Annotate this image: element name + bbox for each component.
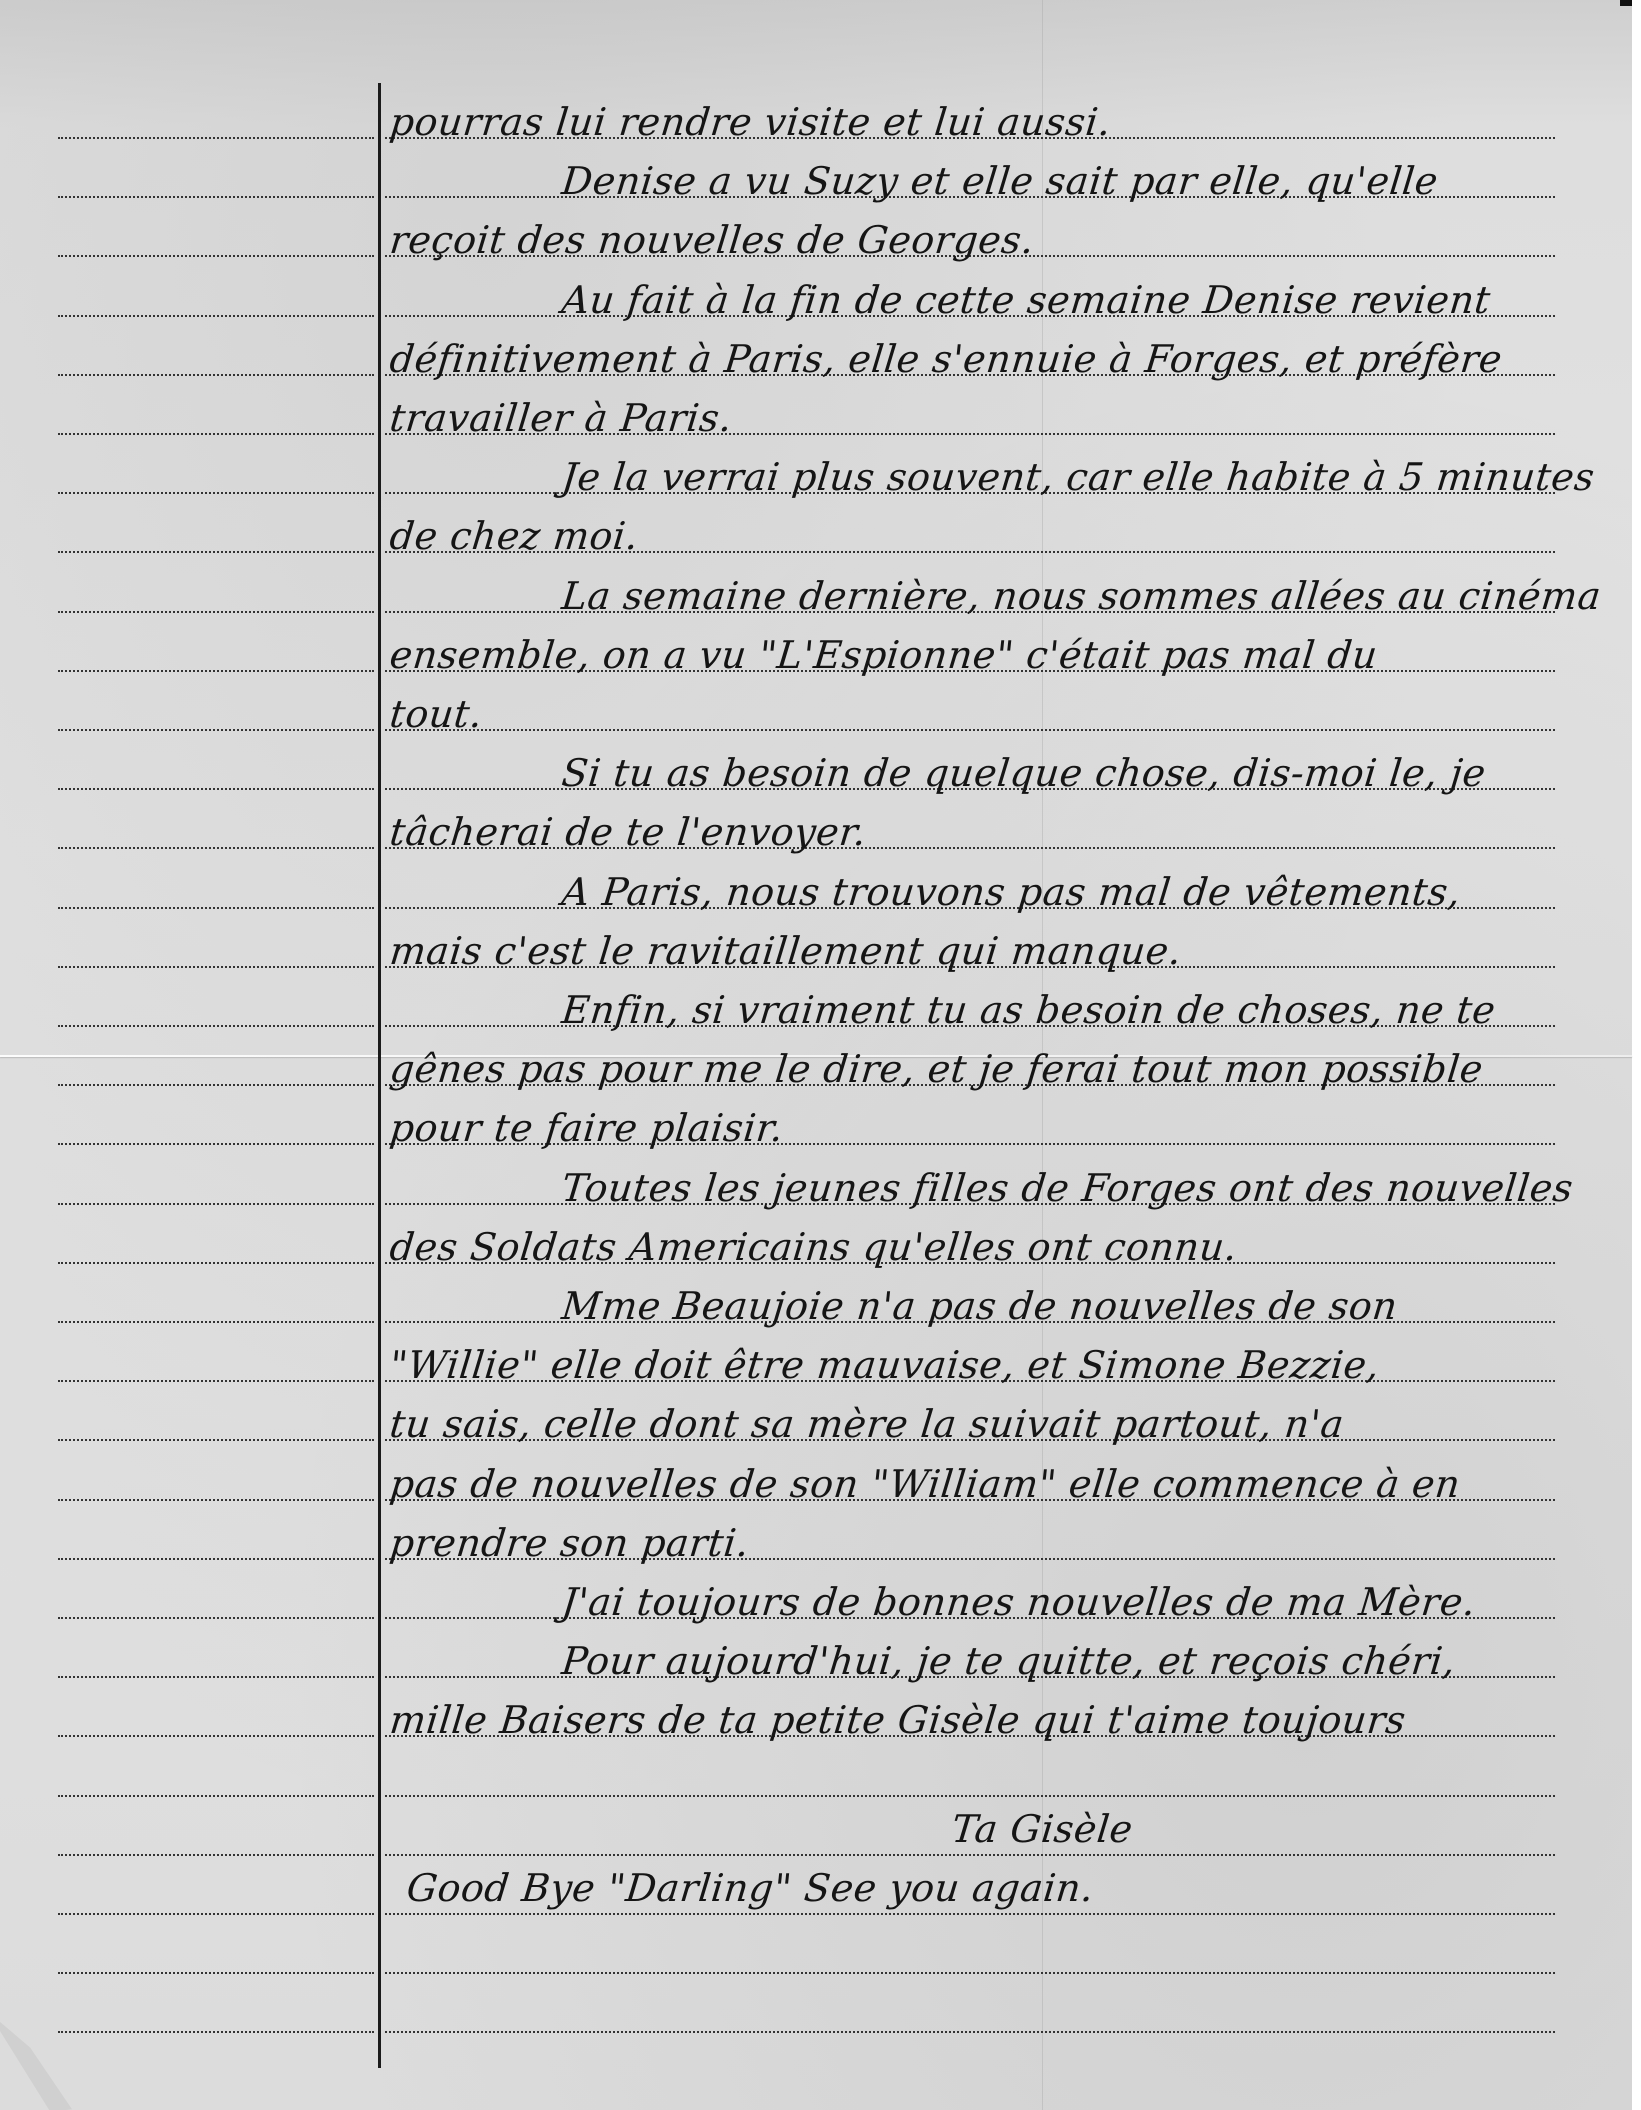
- ruled-line-left: [58, 1676, 374, 1678]
- ruled-line-left: [58, 1025, 374, 1027]
- letter-line: gênes pas pour me le dire, et je ferai t…: [388, 1050, 1485, 1088]
- letter-line: A Paris, nous trouvons pas mal de vêteme…: [560, 873, 1463, 911]
- letter-line: travailler à Paris.: [388, 399, 734, 437]
- ruled-line-left: [58, 611, 374, 613]
- ruled-line-left: [58, 966, 374, 968]
- letter-line: tâcherai de te l'envoyer.: [388, 813, 868, 851]
- letter-line: Enfin, si vraiment tu as besoin de chose…: [560, 991, 1498, 1029]
- postscript: Good Bye "Darling" See you again.: [405, 1869, 1096, 1907]
- ruled-line-left: [58, 1084, 374, 1086]
- ruled-line-left: [58, 2031, 374, 2033]
- ruled-line-left: [58, 788, 374, 790]
- letter-line: tout.: [388, 695, 484, 733]
- ruled-line-right: [385, 1854, 1555, 1856]
- ruled-line-left: [58, 315, 374, 317]
- ruled-line-left: [58, 1203, 374, 1205]
- ruled-line-left: [58, 1913, 374, 1915]
- letter-line: mille Baisers de ta petite Gisèle qui t'…: [388, 1701, 1408, 1739]
- ruled-line-left: [58, 433, 374, 435]
- ruled-line-left: [58, 1321, 374, 1323]
- ruled-line-left: [58, 1795, 374, 1797]
- ruled-line-left: [58, 670, 374, 672]
- ruled-line-left: [58, 196, 374, 198]
- letter-line: pour te faire plaisir.: [388, 1109, 785, 1147]
- ruled-line-left: [58, 492, 374, 494]
- letter-line: pourras lui rendre visite et lui aussi.: [388, 103, 1113, 141]
- letter-line: de chez moi.: [388, 517, 640, 555]
- ruled-line-left: [58, 551, 374, 553]
- ruled-line-right: [385, 729, 1555, 731]
- ruled-line-left: [58, 729, 374, 731]
- folded-corner: [0, 2020, 72, 2110]
- ruled-line-right: [385, 1972, 1555, 1974]
- letter-line: définitivement à Paris, elle s'ennuie à …: [388, 340, 1504, 378]
- letter-line: J'ai toujours de bonnes nouvelles de ma …: [560, 1583, 1478, 1621]
- letter-line: Au fait à la fin de cette semaine Denise…: [560, 281, 1492, 319]
- letter-line: Denise a vu Suzy et elle sait par elle, …: [560, 162, 1440, 200]
- ruled-line-left: [58, 1380, 374, 1382]
- ruled-line-left: [58, 137, 374, 139]
- letter-line: pas de nouvelles de son "William" elle c…: [388, 1465, 1462, 1503]
- ruled-line-left: [58, 847, 374, 849]
- ruled-line-right: [385, 1913, 1555, 1915]
- ruled-line-left: [58, 907, 374, 909]
- margin-line: [378, 83, 381, 2068]
- ruled-line-left: [58, 1143, 374, 1145]
- letter-line: tu sais, celle dont sa mère la suivait p…: [388, 1405, 1346, 1443]
- ruled-line-left: [58, 1558, 374, 1560]
- letter-line: ensemble, on a vu "L'Espionne" c'était p…: [388, 636, 1379, 674]
- letter-line: reçoit des nouvelles de Georges.: [388, 221, 1036, 259]
- ruled-line-left: [58, 374, 374, 376]
- letter-line: "Willie" elle doit être mauvaise, et Sim…: [388, 1346, 1381, 1384]
- ruled-line-left: [58, 1854, 374, 1856]
- ruled-line-right: [385, 1795, 1555, 1797]
- ruled-line-right: [385, 2031, 1555, 2033]
- letter-line: Toutes les jeunes filles de Forges ont d…: [560, 1169, 1575, 1207]
- ruled-line-left: [58, 1439, 374, 1441]
- ruled-line-left: [58, 1499, 374, 1501]
- ruled-line-left: [58, 255, 374, 257]
- ruled-line-left: [58, 1262, 374, 1264]
- letter-line: prendre son parti.: [388, 1524, 751, 1562]
- letter-line: mais c'est le ravitaillement qui manque.: [388, 932, 1183, 970]
- letter-paper: pourras lui rendre visite et lui aussi. …: [0, 0, 1632, 2110]
- scan-corner-shadow: [1620, 0, 1632, 6]
- letter-line: Si tu as besoin de quelque chose, dis-mo…: [560, 754, 1488, 792]
- letter-line: des Soldats Americains qu'elles ont conn…: [388, 1228, 1239, 1266]
- letter-line: Je la verrai plus souvent, car elle habi…: [560, 458, 1596, 496]
- letter-line: Pour aujourd'hui, je te quitte, et reçoi…: [560, 1642, 1457, 1680]
- ruled-line-left: [58, 1617, 374, 1619]
- signature: Ta Gisèle: [950, 1810, 1135, 1848]
- letter-line: Mme Beaujoie n'a pas de nouvelles de son: [560, 1287, 1399, 1325]
- ruled-line-left: [58, 1735, 374, 1737]
- letter-line: La semaine dernière, nous sommes allées …: [560, 577, 1603, 615]
- ruled-line-left: [58, 1972, 374, 1974]
